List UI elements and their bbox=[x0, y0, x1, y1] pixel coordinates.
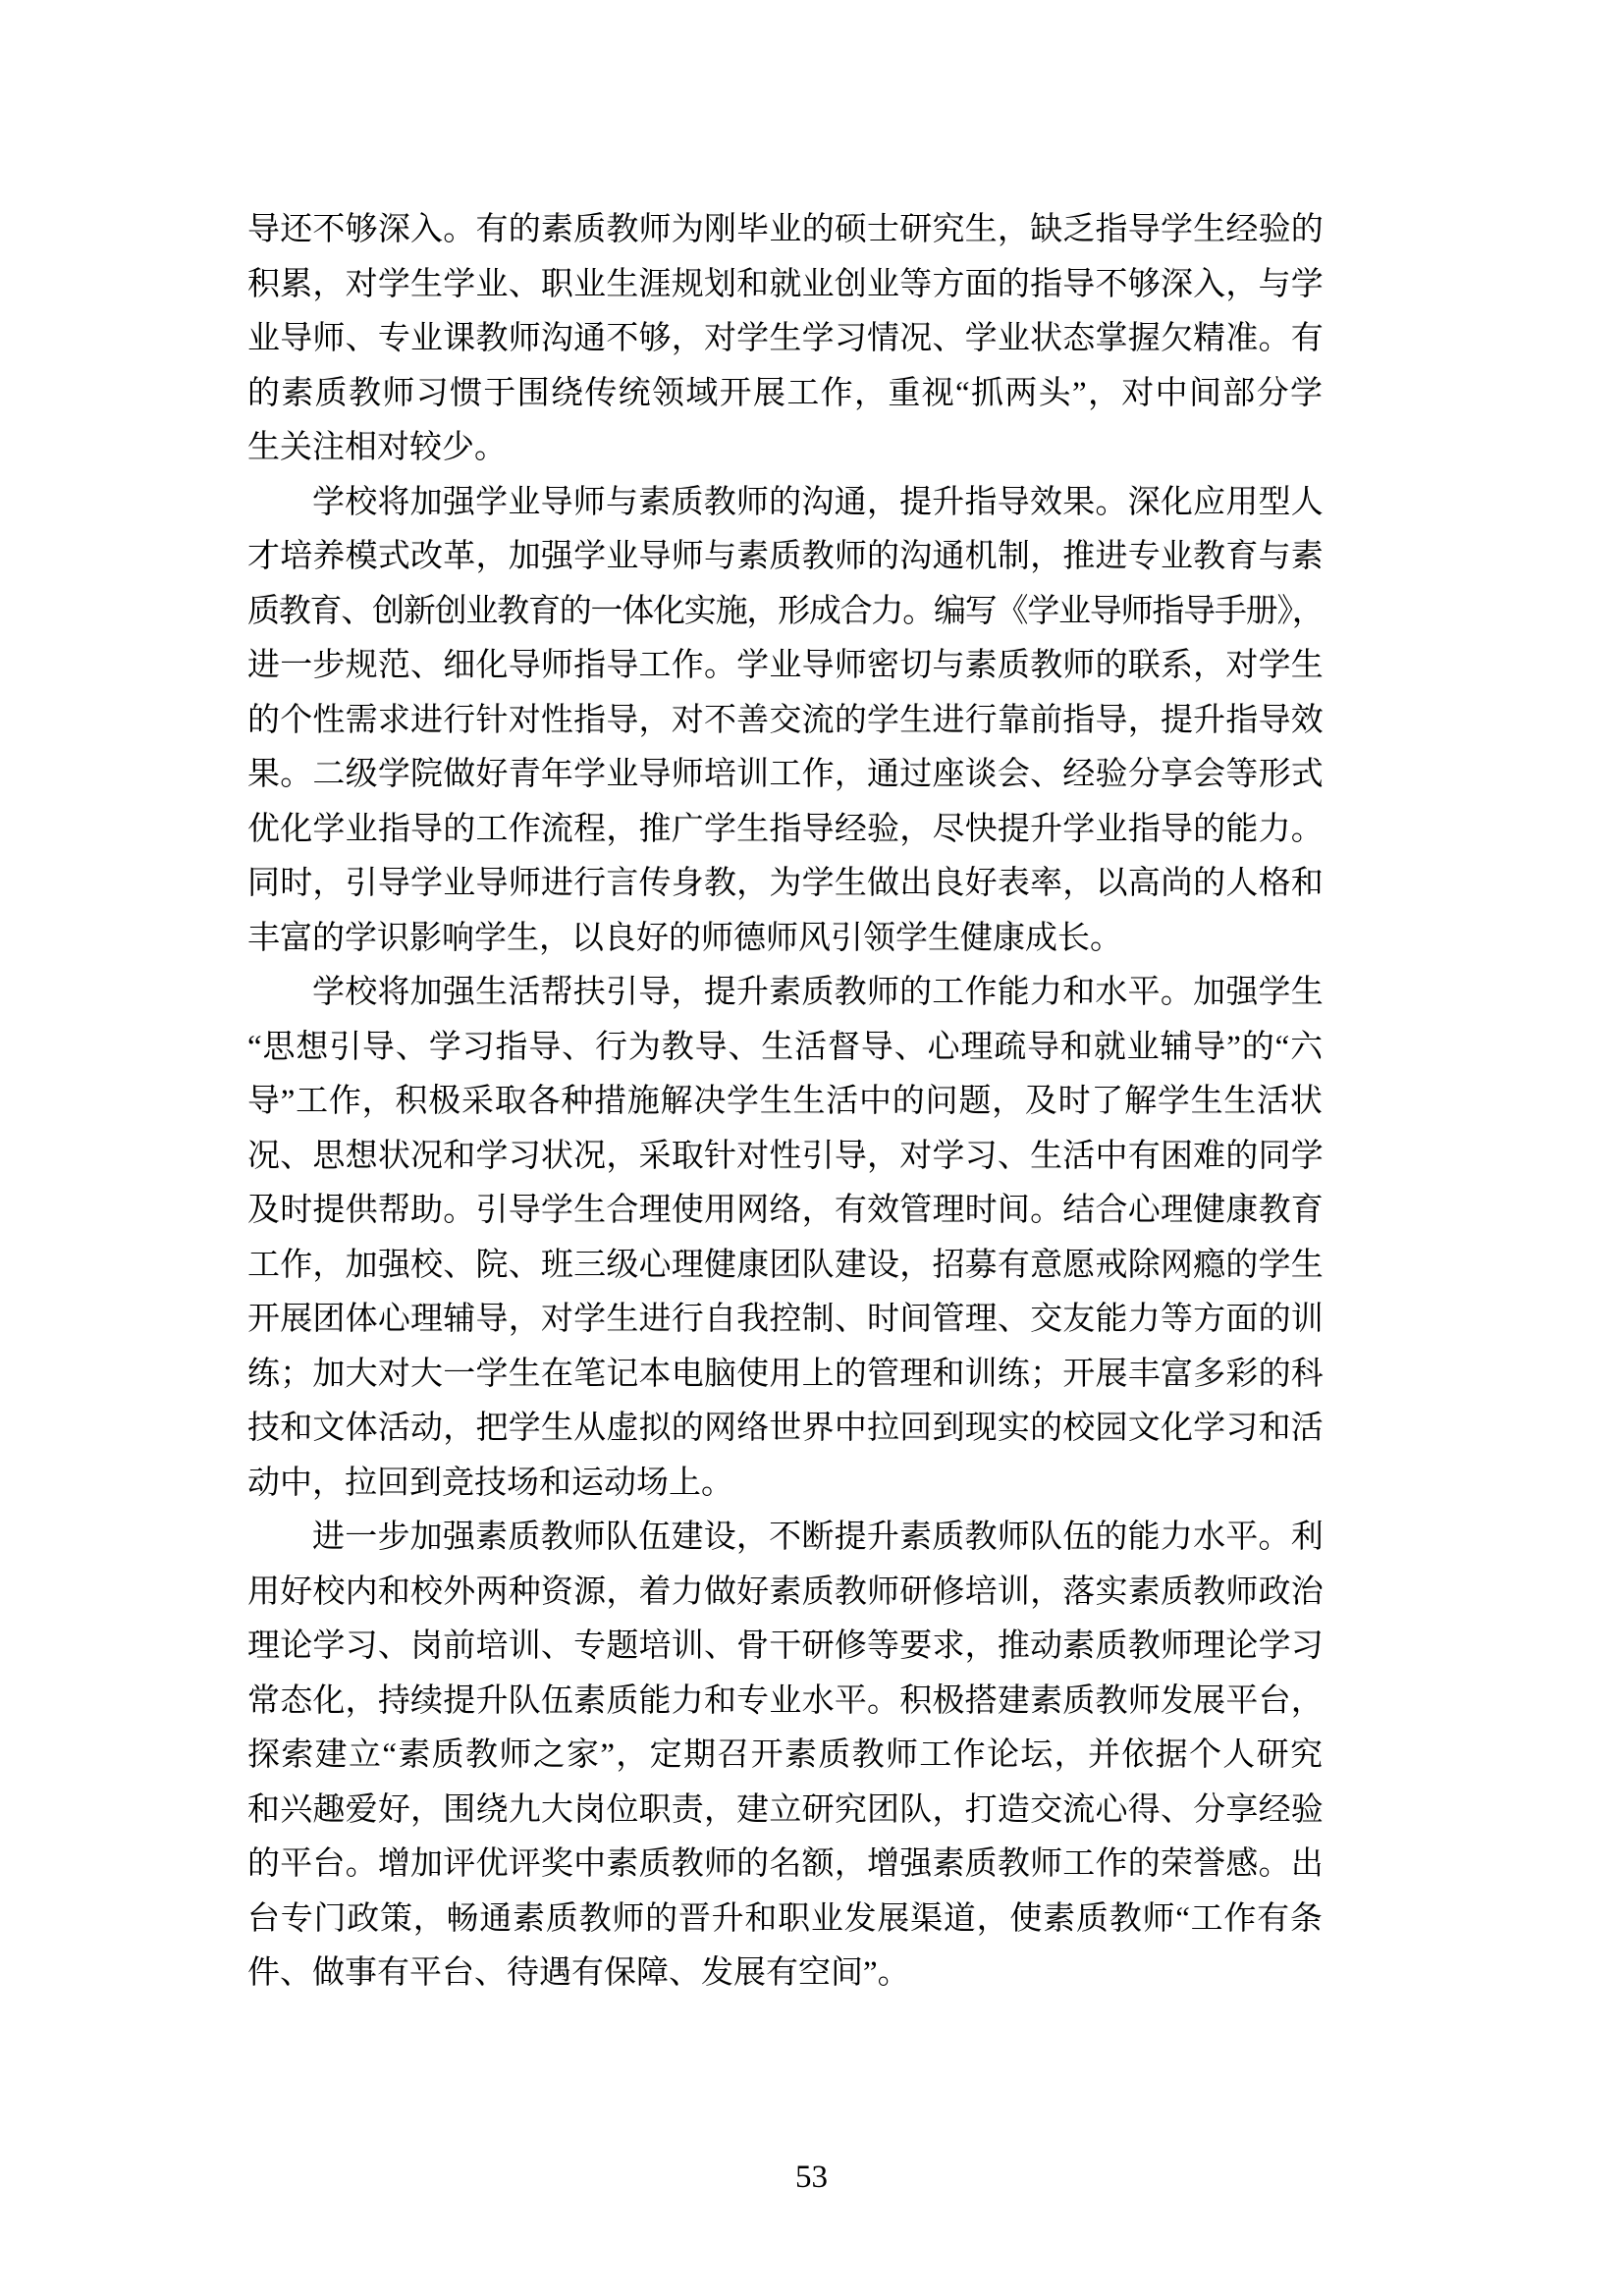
text-line: 进一步规范、细化导师指导工作。学业导师密切与素质教师的联系，对学生 bbox=[247, 639, 1324, 694]
paragraph: 导还不够深入。有的素质教师为刚毕业的硕士研究生，缺乏指导学生经验的积累，对学生学… bbox=[247, 203, 1324, 476]
paragraph: 学校将加强学业导师与素质教师的沟通，提升指导效果。深化应用型人才培养模式改革，加… bbox=[247, 476, 1324, 967]
text-line: 质教育、创新创业教育的一体化实施，形成合力。编写《学业导师指导手册》， bbox=[247, 585, 1324, 640]
text-line: 果。二级学院做好青年学业导师培训工作，通过座谈会、经验分享会等形式 bbox=[247, 748, 1324, 803]
paragraph: 学校将加强生活帮扶引导，提升素质教师的工作能力和水平。加强学生“思想引导、学习指… bbox=[247, 966, 1324, 1511]
text-line: 生关注相对较少。 bbox=[247, 421, 1324, 476]
text-line: 的素质教师习惯于围绕传统领域开展工作，重视“抓两头”，对中间部分学 bbox=[247, 367, 1324, 422]
text-line: 积累，对学生学业、职业生涯规划和就业创业等方面的指导不够深入，与学 bbox=[247, 258, 1324, 313]
text-line: 进一步加强素质教师队伍建设，不断提升素质教师队伍的能力水平。利 bbox=[247, 1511, 1324, 1566]
page-footer: 53 bbox=[0, 2158, 1623, 2197]
text-line: 及时提供帮助。引导学生合理使用网络，有效管理时间。结合心理健康教育 bbox=[247, 1184, 1324, 1239]
text-line: 理论学习、岗前培训、专题培训、骨干研修等要求，推动素质教师理论学习 bbox=[247, 1620, 1324, 1675]
text-line: 学校将加强学业导师与素质教师的沟通，提升指导效果。深化应用型人 bbox=[247, 476, 1324, 531]
text-line: 的个性需求进行针对性指导，对不善交流的学生进行靠前指导，提升指导效 bbox=[247, 694, 1324, 749]
page-number: 53 bbox=[795, 2160, 828, 2195]
text-line: 工作，加强校、院、班三级心理健康团队建设，招募有意愿戒除网瘾的学生 bbox=[247, 1239, 1324, 1294]
text-line: “思想引导、学习指导、行为教导、生活督导、心理疏导和就业辅导”的“六 bbox=[247, 1021, 1324, 1076]
text-line: 业导师、专业课教师沟通不够，对学生学习情况、学业状态掌握欠精准。有 bbox=[247, 312, 1324, 367]
text-line: 丰富的学识影响学生，以良好的师德师风引领学生健康成长。 bbox=[247, 912, 1324, 967]
text-line: 动中，拉回到竞技场和运动场上。 bbox=[247, 1457, 1324, 1512]
text-line: 况、思想状况和学习状况，采取针对性引导，对学习、生活中有困难的同学 bbox=[247, 1130, 1324, 1185]
text-line: 台专门政策，畅通素质教师的晋升和职业发展渠道，使素质教师“工作有条 bbox=[247, 1893, 1324, 1948]
text-line: 导”工作，积极采取各种措施解决学生生活中的问题，及时了解学生生活状 bbox=[247, 1075, 1324, 1130]
document-body: 导还不够深入。有的素质教师为刚毕业的硕士研究生，缺乏指导学生经验的积累，对学生学… bbox=[247, 203, 1324, 2002]
text-line: 用好校内和校外两种资源，着力做好素质教师研修培训，落实素质教师政治 bbox=[247, 1566, 1324, 1621]
text-line: 才培养模式改革，加强学业导师与素质教师的沟通机制，推进专业教育与素 bbox=[247, 530, 1324, 585]
text-line: 开展团体心理辅导，对学生进行自我控制、时间管理、交友能力等方面的训 bbox=[247, 1293, 1324, 1348]
text-line: 技和文体活动，把学生从虚拟的网络世界中拉回到现实的校园文化学习和活 bbox=[247, 1402, 1324, 1457]
paragraph: 进一步加强素质教师队伍建设，不断提升素质教师队伍的能力水平。利用好校内和校外两种… bbox=[247, 1511, 1324, 2002]
text-line: 学校将加强生活帮扶引导，提升素质教师的工作能力和水平。加强学生 bbox=[247, 966, 1324, 1021]
text-line: 练；加大对大一学生在笔记本电脑使用上的管理和训练；开展丰富多彩的科 bbox=[247, 1348, 1324, 1403]
text-line: 导还不够深入。有的素质教师为刚毕业的硕士研究生，缺乏指导学生经验的 bbox=[247, 203, 1324, 258]
text-line: 和兴趣爱好，围绕九大岗位职责，建立研究团队，打造交流心得、分享经验 bbox=[247, 1784, 1324, 1839]
text-line: 探索建立“素质教师之家”，定期召开素质教师工作论坛，并依据个人研究 bbox=[247, 1729, 1324, 1784]
text-line: 优化学业指导的工作流程，推广学生指导经验，尽快提升学业指导的能力。 bbox=[247, 803, 1324, 858]
document-page: 导还不够深入。有的素质教师为刚毕业的硕士研究生，缺乏指导学生经验的积累，对学生学… bbox=[0, 0, 1623, 2296]
text-line: 常态化，持续提升队伍素质能力和专业水平。积极搭建素质教师发展平台， bbox=[247, 1675, 1324, 1730]
text-line: 同时，引导学业导师进行言传身教，为学生做出良好表率，以高尚的人格和 bbox=[247, 857, 1324, 912]
text-line: 的平台。增加评优评奖中素质教师的名额，增强素质教师工作的荣誉感。出 bbox=[247, 1838, 1324, 1893]
text-line: 件、做事有平台、待遇有保障、发展有空间”。 bbox=[247, 1947, 1324, 2002]
